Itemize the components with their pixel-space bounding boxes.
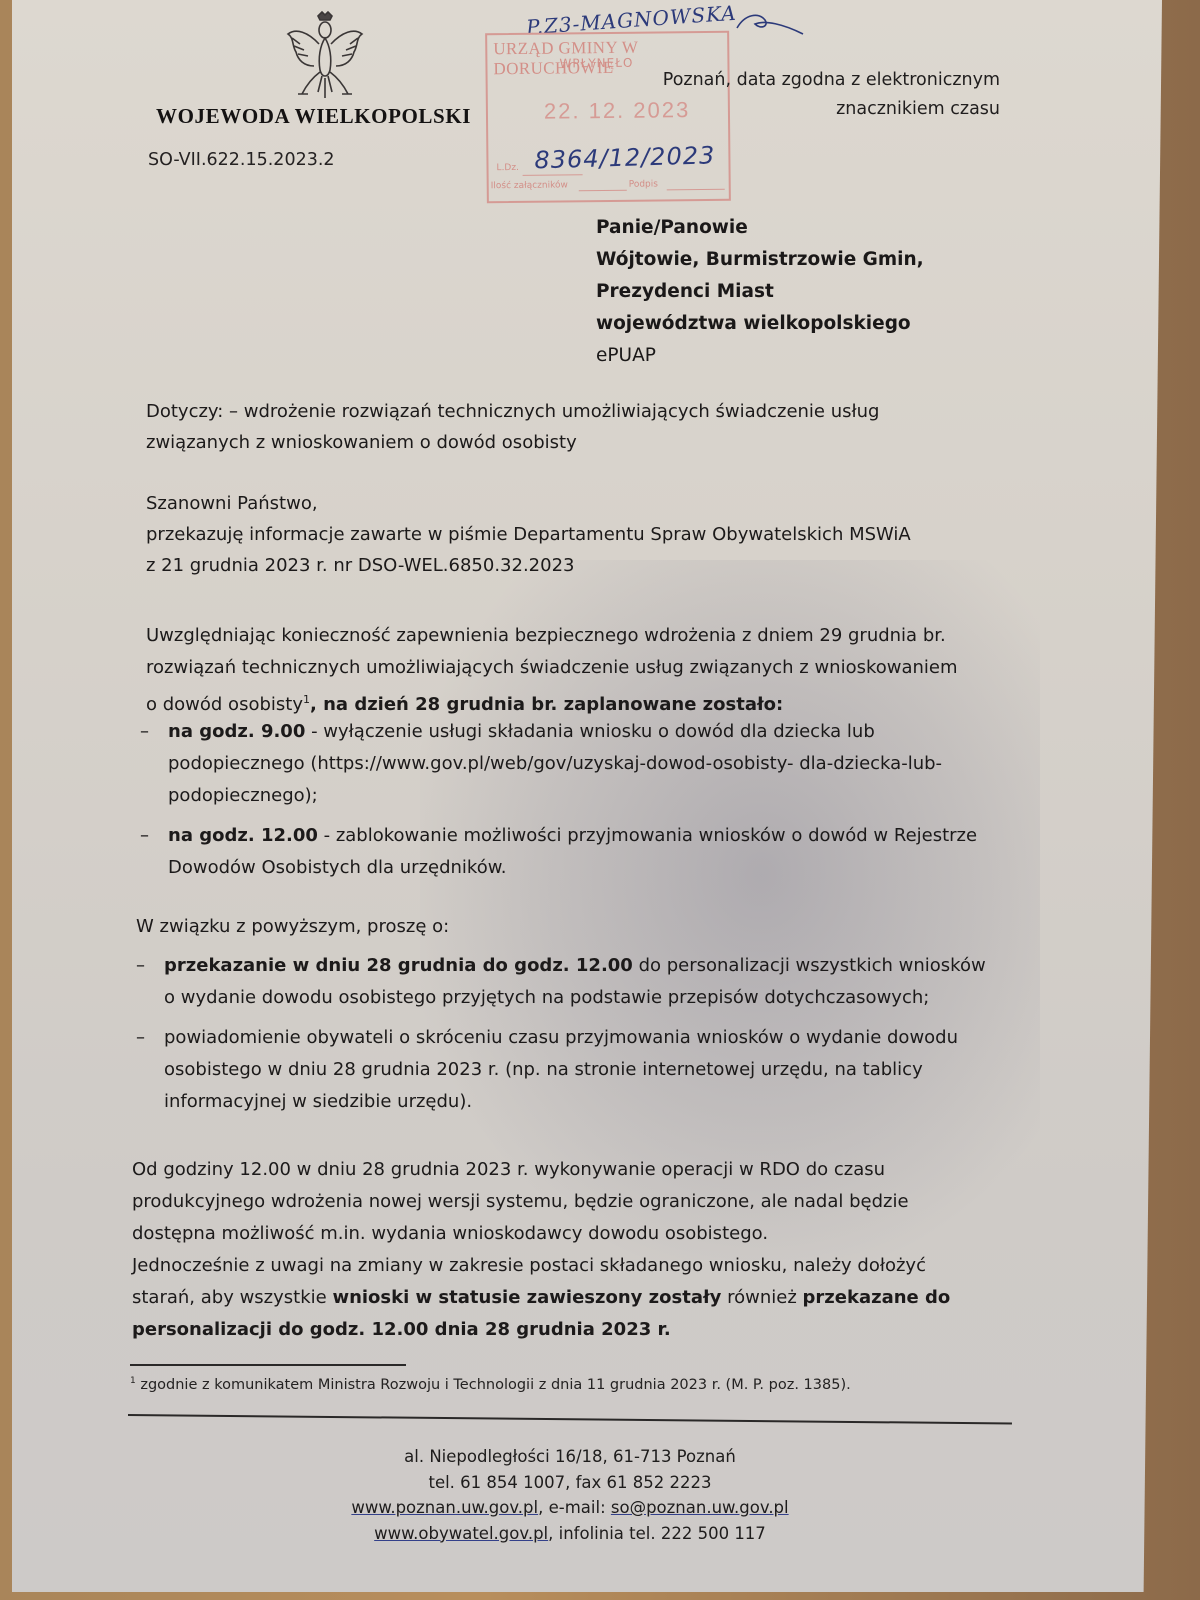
p3-bold: przekazane do [803, 1287, 951, 1308]
recipient-line: Prezydenci Miast [596, 276, 924, 308]
footnote-reference[interactable]: 1 [303, 693, 310, 706]
p1-line-1: Uwzględniając konieczność zapewnienia be… [146, 620, 1026, 652]
obywatel-link[interactable]: www.obywatel.gov.pl [374, 1524, 548, 1543]
list-item-text: przekazanie w dniu 28 grudnia do godz. 1… [164, 950, 1024, 1014]
paragraph-schedule: Uwzględniając konieczność zapewnienia be… [146, 620, 1026, 721]
polish-eagle-emblem-icon [280, 8, 370, 108]
footer-web-email: www.poznan.uw.gov.pl, e-mail: so@poznan.… [330, 1495, 810, 1521]
list-item-text: na godz. 12.00 - zablokowanie możliwości… [168, 820, 1028, 884]
item-text-line-2: o wydanie dowodu osobistego przyjętych n… [164, 982, 1024, 1014]
intro-line-2: z 21 grudnia 2023 r. nr DSO-WEL.6850.32.… [146, 550, 911, 581]
recipients-block: Panie/Panowie Wójtowie, Burmistrzowie Gm… [596, 212, 924, 372]
p1-line-3-bold: , na dzień 28 grudnia br. zaplanowane zo… [310, 694, 783, 715]
item-url-line: podopiecznego (https://www.gov.pl/web/go… [168, 748, 1028, 780]
list-dash: – [140, 716, 149, 748]
registration-number: 8364/12/2023 [534, 141, 716, 174]
list-dash: – [140, 820, 149, 852]
email-link[interactable]: so@poznan.uw.gov.pl [611, 1498, 789, 1517]
p3-line-4: Jednocześnie z uwagi na zmiany w zakresi… [132, 1250, 1032, 1282]
recipient-line: województwa wielkopolskiego [596, 308, 924, 340]
paragraph-limitations: Od godziny 12.00 w dniu 28 grudnia 2023 … [132, 1154, 1032, 1346]
p1-line-3-normal: o dowód osobisty [146, 694, 303, 715]
footer-contact: al. Niepodległości 16/18, 61-713 Poznań … [330, 1444, 810, 1546]
email-label: , e-mail: [538, 1498, 611, 1517]
item-text-line-2: osobistego w dniu 28 grudnia 2023 r. (np… [164, 1054, 1024, 1086]
stamp-signature-label: Podpis [629, 179, 658, 189]
p1-line-2: rozwiązań technicznych umożliwiających ś… [146, 652, 1026, 684]
subject: Dotyczy: – wdrożenie rozwiązań techniczn… [146, 396, 1006, 458]
intro-line-1: przekazuję informacje zawarte w piśmie D… [146, 519, 911, 550]
stamp-attachments-label: Ilość załączników [491, 180, 568, 191]
p3-line-5: starań, aby wszystkie wnioski w statusie… [132, 1282, 1032, 1314]
list-item-text: na godz. 9.00 - wyłączenie usługi składa… [168, 716, 1028, 812]
item-bold: przekazanie w dniu 28 grudnia do godz. 1… [164, 955, 633, 976]
organization-name: WOJEWODA WIELKOPOLSKI [156, 104, 471, 129]
stamp-dz-line [523, 174, 583, 176]
stamp-subtitle: WPŁYNĘŁO [559, 56, 633, 71]
subject-line-1: Dotyczy: – wdrożenie rozwiązań techniczn… [146, 396, 1006, 427]
delivery-channel: ePUAP [596, 340, 924, 372]
footnote-text: zgodnie z komunikatem Ministra Rozwoju i… [140, 1377, 850, 1393]
handwriting-flourish [735, 10, 805, 38]
list-item-text: powiadomienie obywateli o skróceniu czas… [164, 1022, 1024, 1118]
reference-number: SO-VII.622.15.2023.2 [148, 150, 335, 170]
footnote-separator [130, 1364, 406, 1366]
p3-bold: wnioski w statusie zawieszony zostały [332, 1287, 721, 1308]
item-text-line-1: - zablokowanie możliwości przyjmowania w… [318, 825, 977, 846]
item-text-line-3: podopiecznego); [168, 780, 1028, 812]
salutation: Szanowni Państwo, [146, 488, 911, 519]
list-dash: – [136, 950, 145, 982]
website-link[interactable]: www.poznan.uw.gov.pl [351, 1498, 538, 1517]
footer-address: al. Niepodległości 16/18, 61-713 Poznań [330, 1444, 810, 1470]
item-time: na godz. 12.00 [168, 825, 318, 846]
place-date-line-1: Poznań, data zgodna z elektronicznym [663, 66, 1000, 95]
stamp-dz-label: L.Dz. [496, 163, 518, 173]
item-text-line-1: do personalizacji wszystkich wniosków [633, 955, 986, 976]
subject-line-2: związanych z wnioskowaniem o dowód osobi… [146, 427, 1006, 458]
p3-text: również [721, 1287, 802, 1308]
recipient-line: Wójtowie, Burmistrzowie Gmin, [596, 244, 924, 276]
item-text-line-2: Dowodów Osobistych dla urzędników. [168, 852, 1028, 884]
footer-phone: tel. 61 854 1007, fax 61 852 2223 [330, 1470, 810, 1496]
hotline-text: , infolinia tel. 222 500 117 [548, 1524, 766, 1543]
item-text-line-1: powiadomienie obywateli o skróceniu czas… [164, 1022, 1024, 1054]
list-dash: – [136, 1022, 145, 1054]
footnote-number: 1 [130, 1376, 136, 1386]
p3-line-6: personalizacji do godz. 12.00 dnia 28 gr… [132, 1314, 1032, 1346]
place-and-date: Poznań, data zgodna z elektronicznym zna… [663, 66, 1000, 124]
p3-line-1: Od godziny 12.00 w dniu 28 grudnia 2023 … [132, 1154, 1032, 1186]
p3-line-2: produkcyjnego wdrożenia nowej wersji sys… [132, 1186, 1032, 1218]
item-text-line-1: - wyłączenie usługi składania wniosku o … [305, 721, 874, 742]
requests-intro: W związku z powyższym, proszę o: [136, 912, 449, 942]
greeting: Szanowni Państwo, przekazuję informacje … [146, 488, 911, 581]
stamp-signature-line [667, 189, 725, 191]
place-date-line-2: znacznikiem czasu [663, 95, 1000, 124]
stamp-attachments-line [579, 190, 627, 192]
item-text-line-3: informacyjnej w siedzibie urzędu). [164, 1086, 1024, 1118]
footnote: 1 zgodnie z komunikatem Ministra Rozwoju… [130, 1376, 851, 1393]
p3-line-3: dostępna możliwość m.in. wydania wniosko… [132, 1218, 1032, 1250]
recipient-line: Panie/Panowie [596, 212, 924, 244]
footer-hotline: www.obywatel.gov.pl, infolinia tel. 222 … [330, 1521, 810, 1547]
p3-text: starań, aby wszystkie [132, 1287, 332, 1308]
item-time: na godz. 9.00 [168, 721, 305, 742]
